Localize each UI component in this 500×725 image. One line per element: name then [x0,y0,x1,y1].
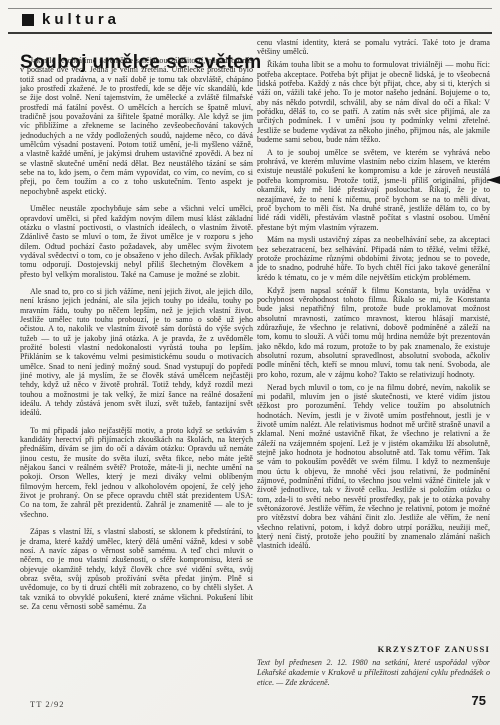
text-column-right: cenu vlastní identity, která se pomalu v… [257,38,490,640]
paragraph: cenu vlastní identity, která se pomalu v… [257,38,490,57]
magazine-page: kultura Souboj umělce se světem Jakmile … [0,0,500,725]
page-number: 75 [472,693,486,708]
paragraph: Nerad bych mluvil o tom, co je na filmu … [257,383,490,551]
paragraph: To mi připadá jako nejčastější motiv, a … [20,426,253,519]
paragraph: Jakmile se obrátíme na umělce s nějakou … [20,56,253,196]
paragraph: Umělec neustále zpochybňuje sám sebe a v… [20,204,253,279]
text-column-left: Jakmile se obrátíme na umělce s nějakou … [20,56,253,690]
paragraph: Zápas s vlastní lží, s vlastní slabostí,… [20,527,253,611]
footer-issue-label: TT 2/92 [30,699,64,709]
section-header: kultura [22,11,120,28]
paragraph: Když jsem napsal scénář k filmu Konstant… [257,286,490,379]
paragraph: Mám na mysli ustavičný zápas za neobelhá… [257,235,490,282]
margin-ink-mark [487,176,500,184]
paragraph: Říkám touha líbit se a mohu to formulova… [257,60,490,144]
top-rule [8,8,492,9]
header-rule [8,32,492,34]
section-label: kultura [42,11,120,28]
paragraph: A to je souboj umělce se světem, ve kter… [257,148,490,232]
author-byline: KRZYSZTOF ZANUSSI [257,644,490,654]
paragraph: Ale snad to, pro co si jich vážíme, není… [20,287,253,418]
footnote: Text byl přednesen 2. 12. 1980 na setkán… [257,658,490,688]
section-square-icon [22,14,34,26]
